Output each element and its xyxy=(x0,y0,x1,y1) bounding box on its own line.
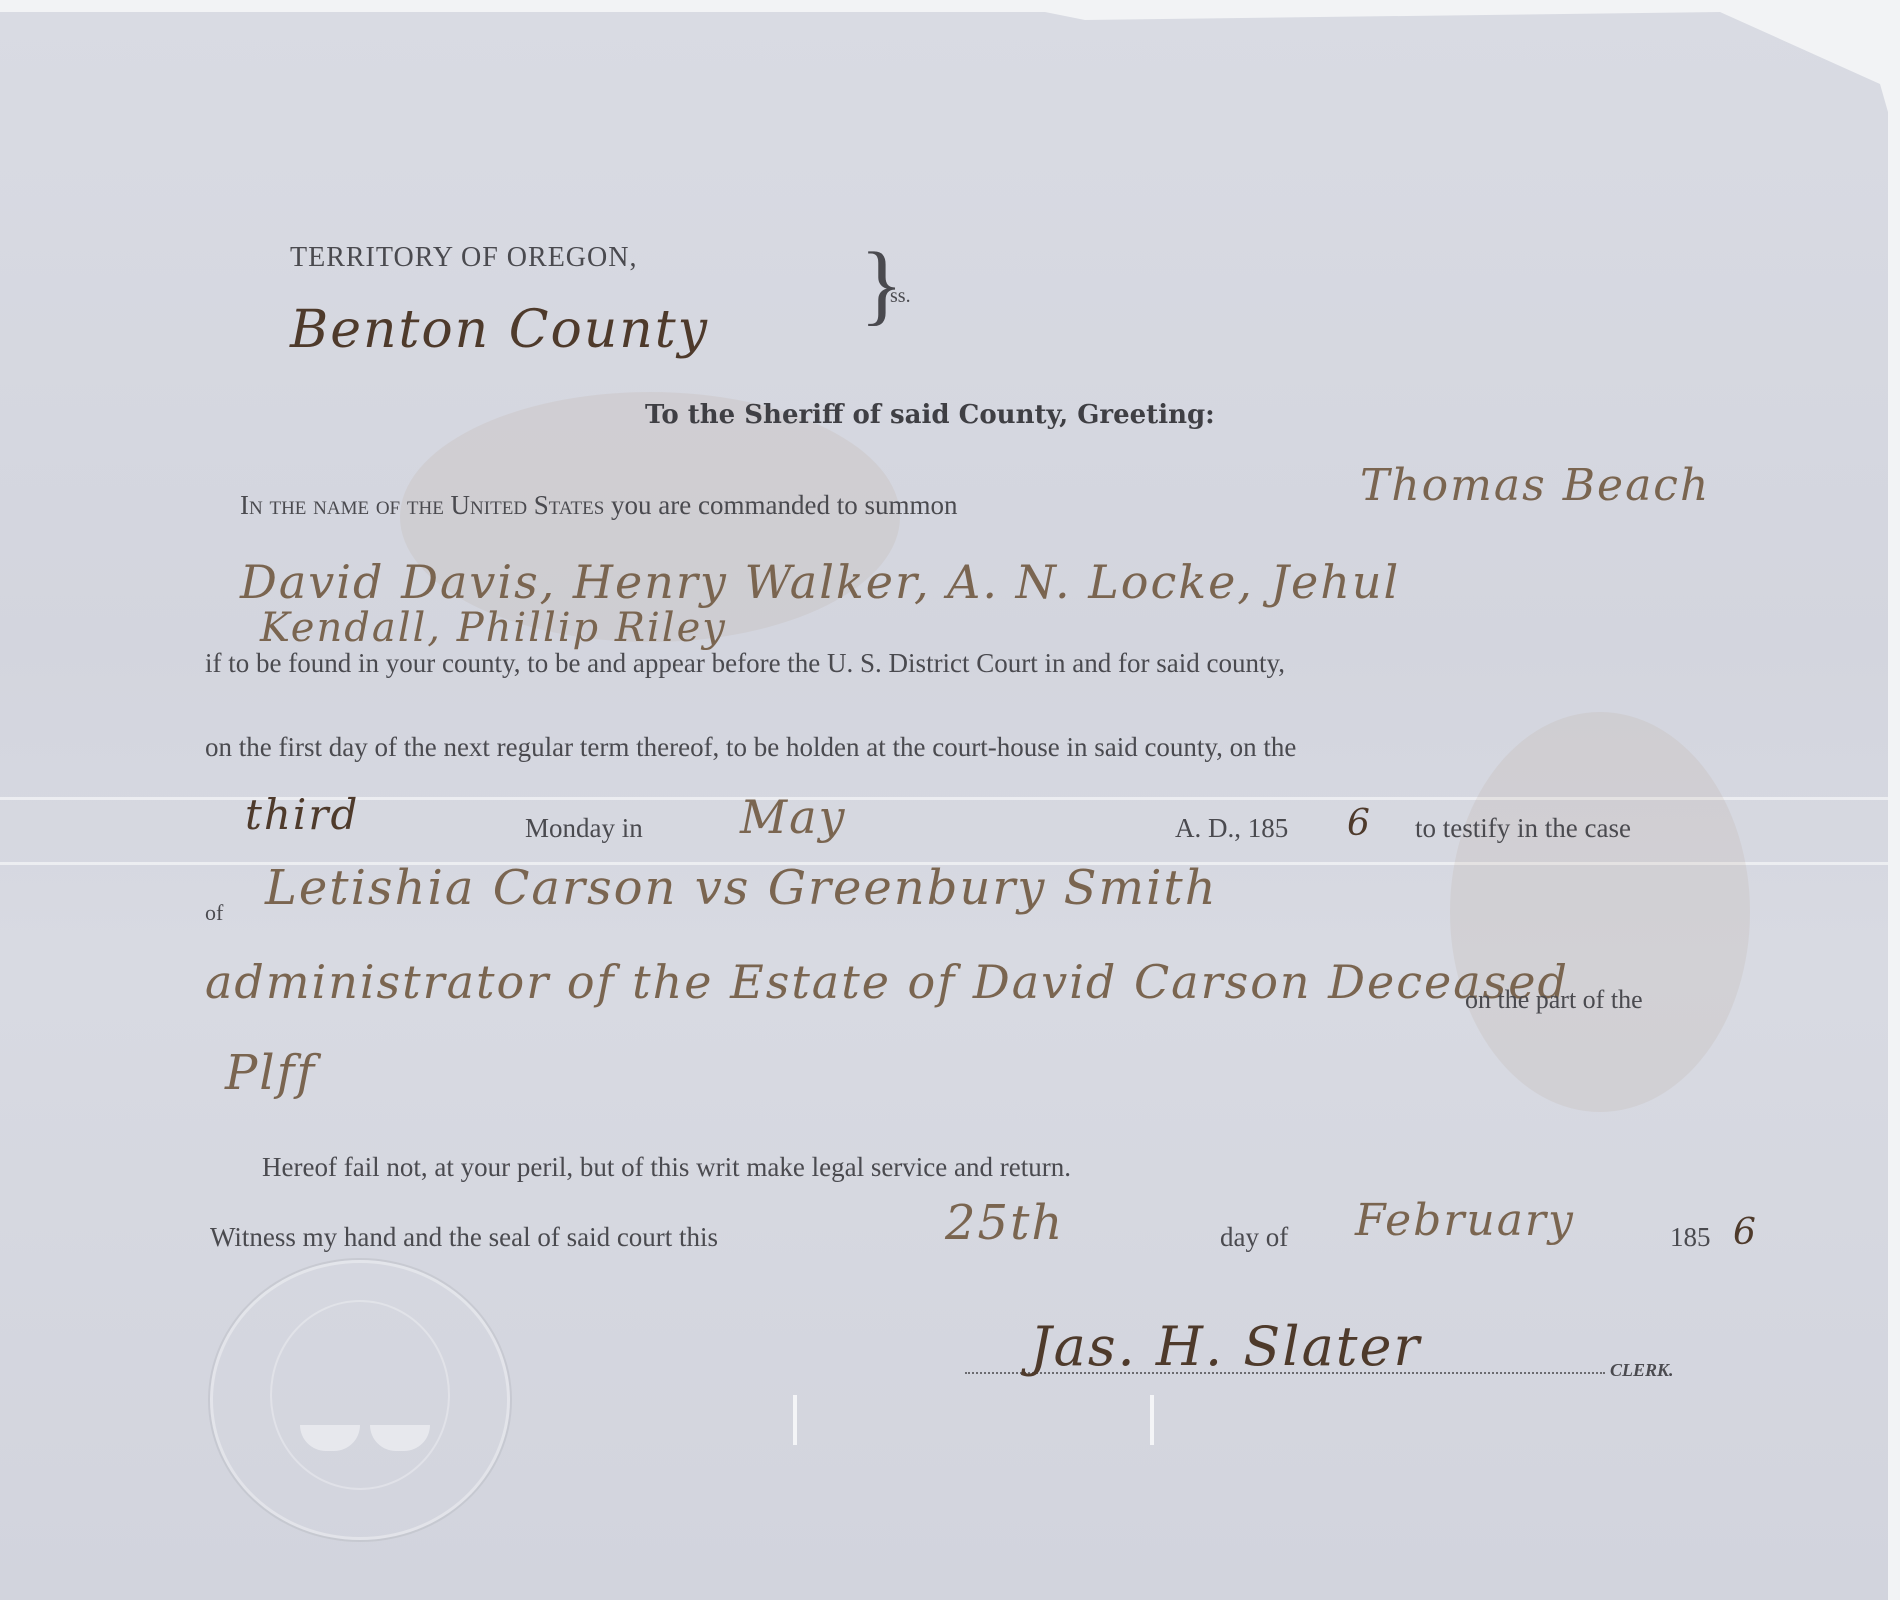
greeting: To the Sheriff of said County, Greeting: xyxy=(645,400,1215,430)
ss-label: ss. xyxy=(890,285,911,308)
embossed-seal xyxy=(210,1260,510,1540)
summons-lead: In the name of the United States you are… xyxy=(240,490,957,521)
month-signed-handwritten: February xyxy=(1355,1195,1575,1246)
paper-tear xyxy=(1150,1395,1154,1445)
case-line1: Letishia Carson vs Greenbury Smith xyxy=(265,860,1218,916)
party-handwritten: Plff xyxy=(225,1045,316,1101)
month-handwritten: May xyxy=(740,790,847,844)
witness-names-line2: David Davis, Henry Walker, A. N. Locke, … xyxy=(240,555,1400,609)
stain xyxy=(1450,712,1750,1112)
witness-names-line3: Kendall, Phillip Riley xyxy=(260,605,727,651)
territory-heading: TERRITORY OF OREGON, xyxy=(290,242,637,274)
day-of-label: day of xyxy=(1220,1222,1288,1253)
county-handwritten: Benton County xyxy=(290,300,709,360)
clerk-signature: Jas. H. Slater xyxy=(1030,1315,1421,1378)
case-line2: administrator of the Estate of David Car… xyxy=(205,955,1569,1009)
ad-label: A. D., 185 xyxy=(1175,813,1288,844)
year-digit-handwritten: 6 xyxy=(1347,803,1372,844)
year-digit-signed-handwritten: 6 xyxy=(1733,1212,1758,1253)
hereof-line: Hereof fail not, at your peril, but of t… xyxy=(262,1152,1071,1183)
monday-in-label: Monday in xyxy=(525,813,643,844)
summons-lead-rest: you are commanded to summon xyxy=(611,490,957,520)
seal-inner-ring xyxy=(270,1300,450,1490)
testify-label: to testify in the case xyxy=(1415,813,1631,844)
clerk-title: CLERK. xyxy=(1610,1360,1674,1381)
of-label: of xyxy=(205,900,223,926)
summons-lead-smallcaps: In the name of the United States xyxy=(240,490,604,520)
part-of-the-label: on the part of the xyxy=(1465,985,1643,1015)
seal-scale-pan xyxy=(370,1425,430,1451)
body-found-line: if to be found in your county, to be and… xyxy=(205,648,1285,679)
ordinal-handwritten: third xyxy=(245,790,359,839)
year-printed: 185 xyxy=(1670,1222,1711,1253)
day-handwritten: 25th xyxy=(945,1195,1064,1251)
witness-name-thomas: Thomas Beach xyxy=(1360,460,1710,511)
paper-tear xyxy=(793,1395,797,1445)
body-term-line: on the first day of the next regular ter… xyxy=(205,732,1296,763)
witness-text: Witness my hand and the seal of said cou… xyxy=(210,1222,718,1253)
seal-scale-pan xyxy=(300,1425,360,1451)
